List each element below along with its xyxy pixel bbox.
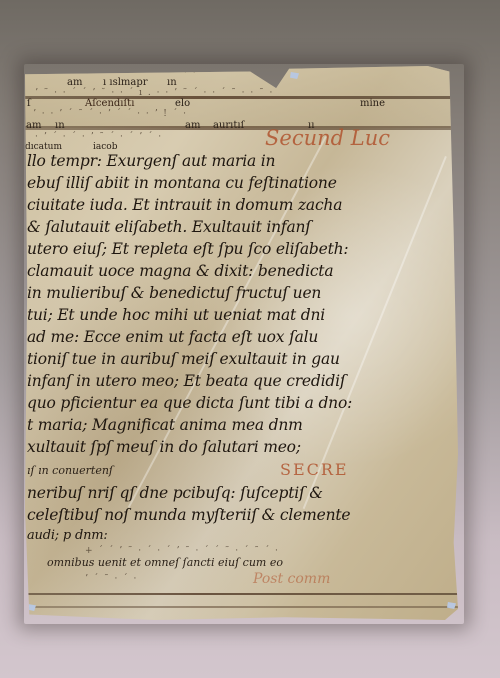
rubric-secundum-lucam: Secund Luc	[265, 126, 390, 150]
chant-syllable: am	[67, 77, 82, 88]
lection-line: tui; Et unde hoc mihi ut ueniat mat dni	[27, 306, 325, 324]
chant-line: ıſ ın conuertenſ	[27, 464, 113, 477]
neumes-row: ʼ · · ʼ ´ ˜ ´ · ʼ ´ ´ · · ʼ ! ´ ·	[33, 109, 188, 119]
neumes-row: ʼ ´ ˜ · ´ ·	[85, 574, 138, 584]
secret-line: neribuſ nriſ qſ dne pcibuſq: ſuſceptiſ &	[27, 484, 323, 502]
chant-syllable: am	[26, 120, 41, 131]
lection-line: xultauit ſpſ meuſ in do ſalutari meo;	[27, 438, 301, 456]
lection-line: ciuitate iuda. Et intrauit in domum zach…	[27, 196, 342, 214]
manuscript-leaf: · · ´ ˜ · · ´ · ´ ʼ ˘ · · ´ · ˜ · · ´ am…	[25, 66, 458, 620]
lection-line: t maria; Magnificat anima mea dnm	[27, 416, 303, 434]
fold-line-bottom-2	[25, 606, 458, 608]
chant-syllable: ın	[167, 77, 177, 88]
lection-line: infanſ in utero meo; Et beata que credid…	[27, 372, 345, 390]
lection-line: clamauit uoce magna & dixit: benedicta	[27, 262, 333, 280]
chant-syllable: dıcatum	[25, 142, 62, 152]
lection-line: ebuſ illiſ abiit in montana cu feſtinati…	[27, 174, 337, 192]
neumes-row: ʼ ˜ · · ´ ´ ʼ ˘ · · ´ ı . · · ʼ ˜ ´ · · …	[35, 88, 274, 98]
lection-line: tioniſ tue in auribuſ meiſ exultauit in …	[27, 350, 340, 368]
secret-line: audi; p dnm:	[27, 528, 108, 543]
lection-line: in mulieribuſ & benedictuſ fructuſ uen	[27, 284, 321, 302]
chant-syllable: am	[185, 120, 200, 131]
chant-syllable: Aſcendıſtı	[85, 98, 134, 109]
lection-line: quo pficientur ea que dicta ſunt tibi a …	[27, 394, 352, 412]
fold-line-bottom	[25, 593, 458, 595]
chant-line: omnibus uenit et omneſ ſancti eiuſ cum e…	[47, 556, 283, 569]
secret-line: celeſtibuſ noſ munda myſteriiſ & clement…	[27, 506, 350, 524]
chant-syllable: mine	[360, 98, 385, 109]
rubric-post-communion: Post comm	[253, 571, 330, 587]
rubric-secreta: SECRE	[280, 460, 349, 479]
lection-line: ad me: Ecce enim ut facta eſt uox ſalu	[27, 328, 318, 346]
lection-line: utero eiuſ; Et repleta eſt ſpu ſco eliſa…	[27, 240, 348, 258]
chant-syllable: ſ	[27, 98, 31, 109]
neumes-row: · ʼ ´ · ´ · ʼ ˜ ´ · ´ ʼ ´ ·	[35, 132, 163, 142]
chant-syllable: ın	[55, 120, 65, 131]
lection-line: & ſalutauit eliſabeth. Exultauit infanſ	[27, 218, 311, 236]
chant-syllable: ı ıslmapr	[103, 77, 148, 88]
chant-syllable: elo	[175, 98, 190, 109]
lection-line: llo tempr: Exurgenſ aut maria in	[27, 152, 275, 170]
chant-syllable: iacob	[93, 142, 117, 152]
neumes-row: + ´ ´ ʼ ˜ · ´ · ´ ʼ ˜ · ´ ´ ˜ · ´ ˜ ´ ·	[85, 546, 279, 556]
chant-syllable: aurıtıſ	[213, 120, 244, 131]
